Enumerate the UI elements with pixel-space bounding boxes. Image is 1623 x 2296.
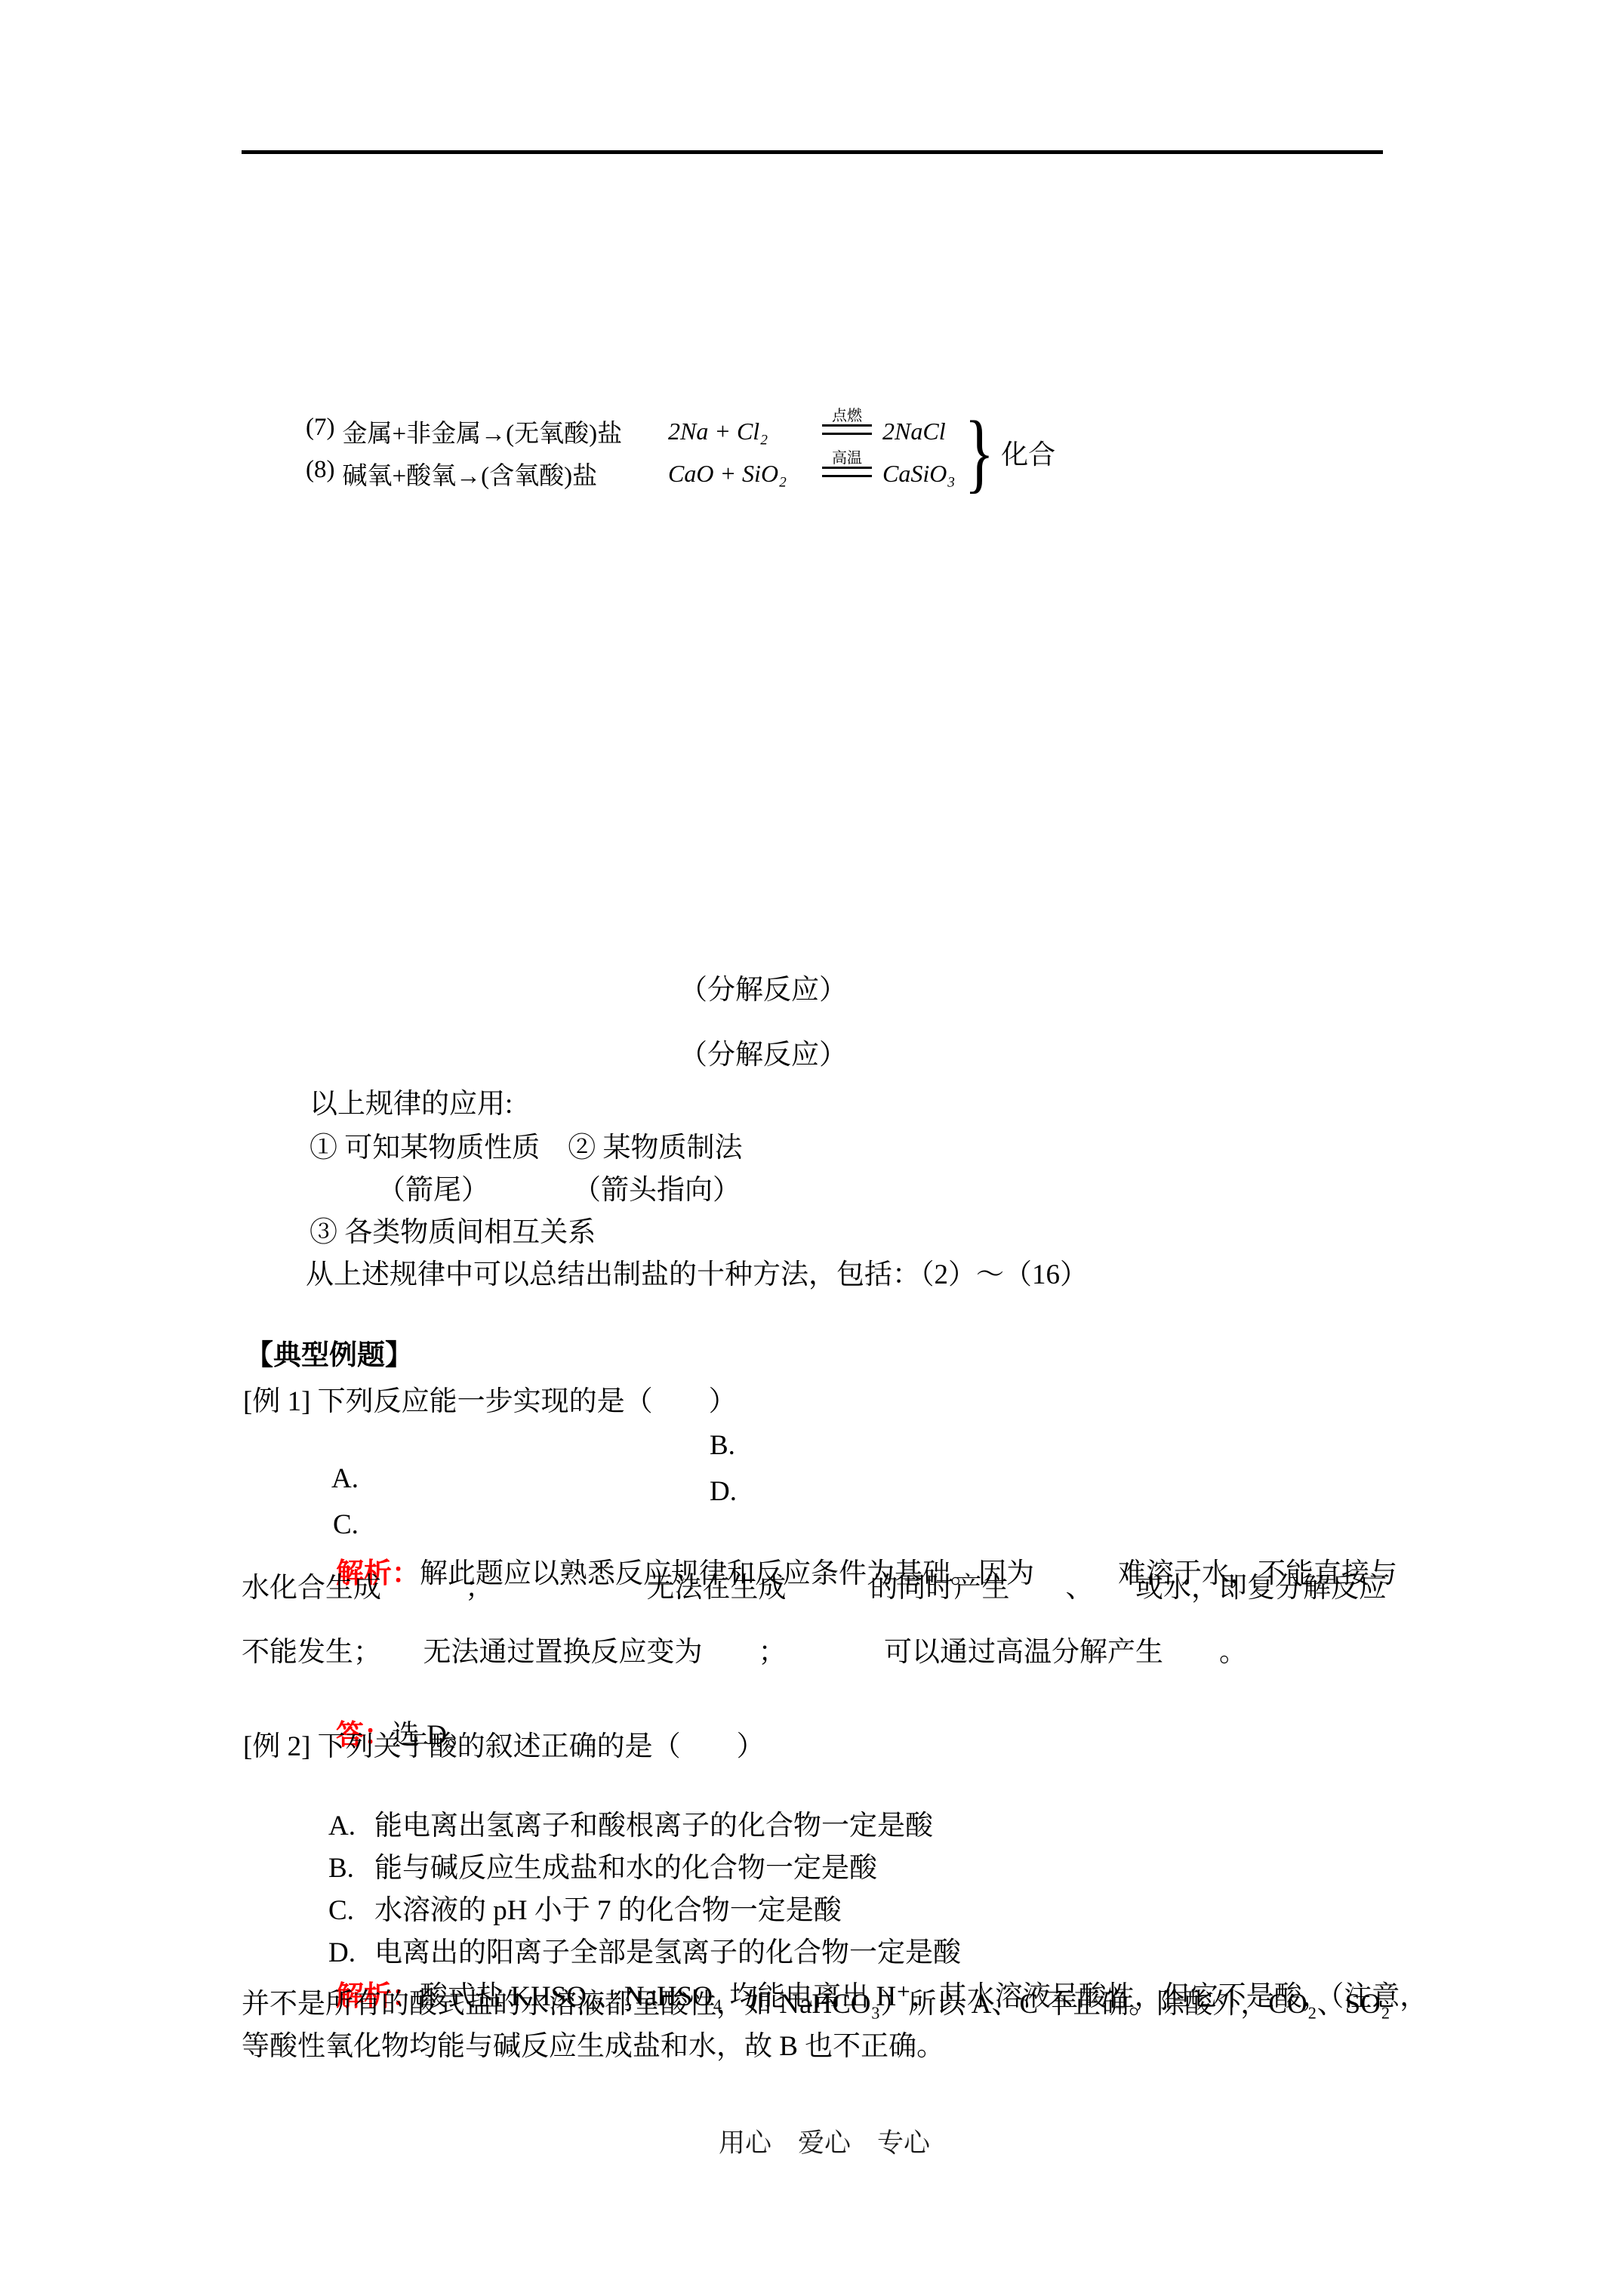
equation-number: (8) (306, 456, 334, 492)
equation-scheme: (8)碱氧+酸氧→(含氧酸)盐 (306, 456, 668, 492)
equation-row-7: (7)金属+非金属→(无氧酸)盐 2Na + Cl₂ 点燃 2NaCl (306, 410, 955, 452)
equation-rhs: 2NaCl (882, 418, 946, 445)
page-footer: 用心 爱心 专心 (0, 2127, 1623, 2160)
header-rule (242, 150, 1383, 154)
double-bond-equals-icon (822, 467, 872, 477)
example2-question: [例 2] 下列关于酸的叙述正确的是（ ） (243, 1730, 765, 1764)
equation-figure: (7)金属+非金属→(无氧酸)盐 2Na + Cl₂ 点燃 2NaCl (8)碱… (306, 408, 1055, 497)
application-items-1-2: ① 可知某物质性质 ② 某物质制法 (310, 1132, 743, 1165)
equation-number: (7) (306, 414, 334, 449)
condition-label: 高温 (832, 450, 862, 467)
equation-row-8: (8)碱氧+酸氧→(含氧酸)盐 CaO + SiO₂ 高温 CaSiO₃ (306, 452, 955, 495)
decomposition-note-1: （分解反应） (679, 974, 847, 1007)
document-page: (7)金属+非金属→(无氧酸)盐 2Na + Cl₂ 点燃 2NaCl (8)碱… (0, 0, 1623, 2296)
equation-rhs: CaSiO₃ (882, 460, 955, 488)
equation-scheme-text: 碱氧+酸氧→(含氧酸)盐 (342, 456, 597, 492)
example1-analysis-line-2: 水化合生成 ； 无法在生成 的同时产生 、 或水，即复分解反应 (242, 1572, 1387, 1605)
example1-question: [例 1] 下列反应能一步实现的是（ ） (243, 1385, 737, 1419)
equation-lhs: 2Na + Cl₂ (668, 418, 819, 445)
double-bond-equals-icon (822, 424, 872, 435)
example1-analysis-line-3: 不能发生； 无法通过置换反应变为 ； 可以通过高温分解产生 。 (242, 1636, 1247, 1669)
reaction-condition: 点燃 (822, 408, 872, 435)
reaction-condition: 高温 (822, 450, 872, 477)
decomposition-note-2: （分解反应） (679, 1039, 847, 1072)
example2-analysis-line-2: 并不是所有的酸式盐的水溶液都呈酸性，如 NaHCO₃）所以 A、C 不正确。除酸… (242, 1988, 1390, 2021)
example1-option-b-label: B. (710, 1429, 735, 1462)
summary-line: 从上述规律中可以总结出制盐的十种方法，包括：（2）～（16） (306, 1259, 1088, 1292)
example2-analysis-line-3: 等酸性氧化物均能与碱反应生成盐和水，故 B 也不正确。 (242, 2030, 944, 2063)
example1-option-d-label: D. (710, 1475, 737, 1509)
application-arrow-note: （箭尾） （箭头指向） (377, 1174, 741, 1207)
application-item-3: ③ 各类物质间相互关系 (310, 1216, 596, 1250)
condition-label: 点燃 (832, 408, 862, 424)
application-title: 以上规律的应用: (310, 1088, 513, 1121)
equation-rows: (7)金属+非金属→(无氧酸)盐 2Na + Cl₂ 点燃 2NaCl (8)碱… (306, 410, 955, 495)
right-brace-icon: } (965, 408, 995, 497)
equation-scheme-text: 金属+非金属→(无氧酸)盐 (342, 414, 622, 449)
brace-label: 化合 (1001, 433, 1055, 472)
equation-scheme: (7)金属+非金属→(无氧酸)盐 (306, 414, 668, 449)
equation-lhs: CaO + SiO₂ (668, 460, 819, 488)
section-header: 【典型例题】 (245, 1339, 413, 1373)
